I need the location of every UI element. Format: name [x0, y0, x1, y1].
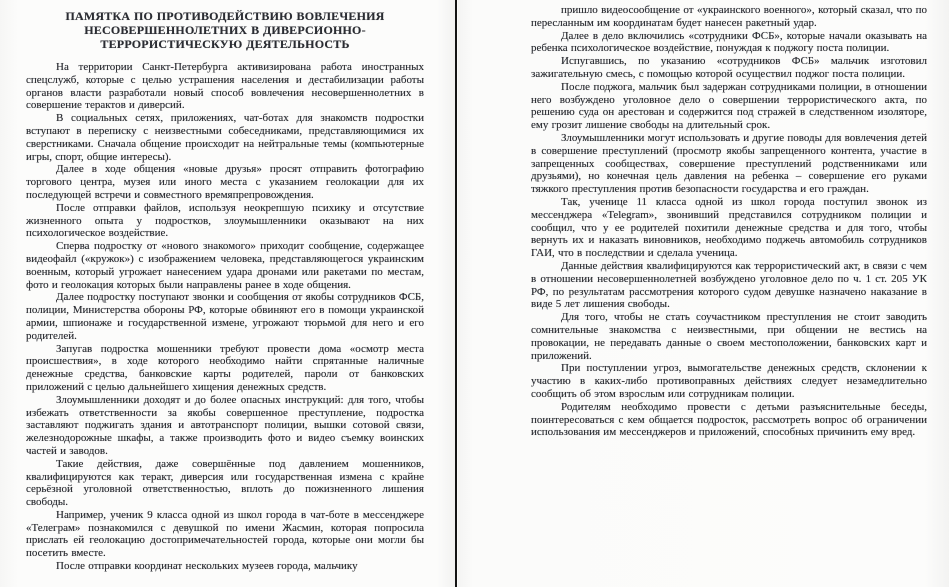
paragraph: Испугавшись, по указанию «сотрудников ФС… [531, 55, 927, 81]
paragraph: Далее подростку поступают звонки и сообщ… [26, 291, 424, 342]
page-gutter-line [455, 0, 457, 587]
memo-title-line: ТЕРРОРИСТИЧЕСКУЮ ДЕЯТЕЛЬНОСТЬ [26, 37, 424, 51]
paragraph: В социальных сетях, приложениях, чат-бот… [26, 112, 424, 163]
paragraph: Например, ученик 9 класса одной из школ … [26, 509, 424, 560]
paragraph: Данные действия квалифицируются как терр… [531, 260, 927, 311]
paragraph: пришло видеосообщение от «украинского во… [531, 4, 927, 30]
paragraph: Далее в ходе общения «новые друзья» прос… [26, 163, 424, 201]
paragraph: На территории Санкт-Петербурга активизир… [26, 61, 424, 112]
page-right: пришло видеосообщение от «украинского во… [458, 0, 949, 587]
page-right-body: пришло видеосообщение от «украинского во… [531, 4, 927, 439]
page-left-text: ПАМЯТКА ПО ПРОТИВОДЕЙСТВИЮ ВОВЛЕЧЕНИЯ НЕ… [26, 7, 424, 587]
page-right-text: пришло видеосообщение от «украинского во… [531, 4, 927, 587]
paragraph: Сперва подростку от «нового знакомого» п… [26, 240, 424, 291]
page-left-body: На территории Санкт-Петербурга активизир… [26, 61, 424, 573]
paragraph: Запугав подростка мошенники требуют пров… [26, 343, 424, 394]
paragraph: После поджога, мальчик был задержан сотр… [531, 81, 927, 132]
scanned-memo-document: ПАМЯТКА ПО ПРОТИВОДЕЙСТВИЮ ВОВЛЕЧЕНИЯ НЕ… [0, 0, 949, 587]
paragraph: Родителям необходимо провести с детьми р… [531, 401, 927, 439]
paragraph: Злоумышленники доходят и до более опасны… [26, 394, 424, 458]
paragraph: После отправки координат нескольких музе… [26, 560, 424, 573]
paragraph: При поступлении угроз, вымогательстве де… [531, 362, 927, 400]
paragraph: Так, ученице 11 класса одной из школ гор… [531, 196, 927, 260]
memo-title-line: ПАМЯТКА ПО ПРОТИВОДЕЙСТВИЮ ВОВЛЕЧЕНИЯ [26, 9, 424, 23]
memo-title-line: НЕСОВЕРШЕННОЛЕТНИХ В ДИВЕРСИОННО- [26, 23, 424, 37]
page-left: ПАМЯТКА ПО ПРОТИВОДЕЙСТВИЮ ВОВЛЕЧЕНИЯ НЕ… [0, 0, 455, 587]
paragraph: После отправки файлов, используя неокреп… [26, 202, 424, 240]
memo-title: ПАМЯТКА ПО ПРОТИВОДЕЙСТВИЮ ВОВЛЕЧЕНИЯ НЕ… [26, 9, 424, 51]
paragraph: Далее в дело включились «сотрудники ФСБ»… [531, 30, 927, 56]
paragraph: Для того, чтобы не стать соучастником пр… [531, 311, 927, 362]
paragraph: Злоумышленники могут использовать и друг… [531, 132, 927, 196]
paragraph: Такие действия, даже совершённые под дав… [26, 458, 424, 509]
